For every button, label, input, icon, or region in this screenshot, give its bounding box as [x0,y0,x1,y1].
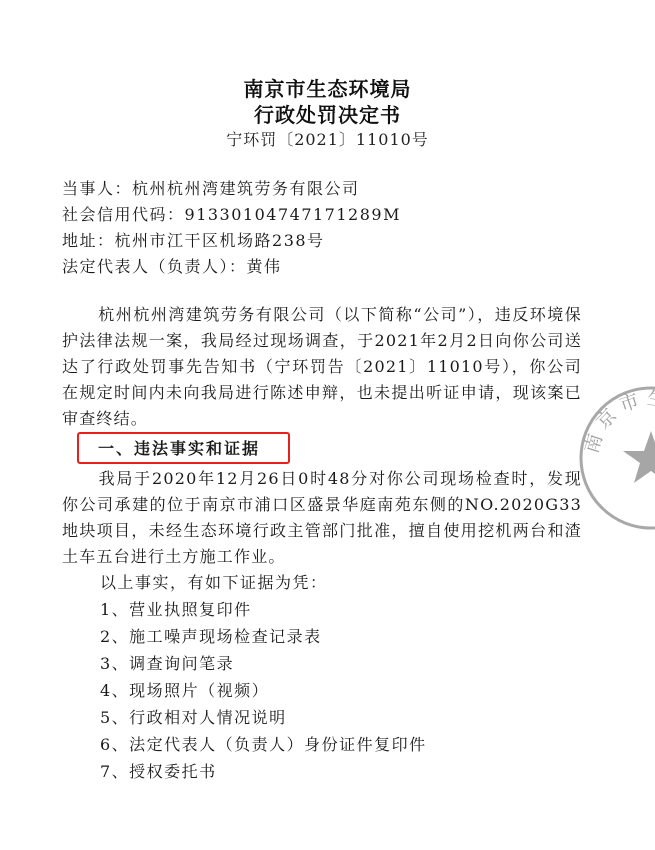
star-icon [623,431,655,483]
credit-code-value: 91330104747171289M [185,205,401,224]
evidence-item: 6、法定代表人（负责人）身份证件复印件 [100,732,427,755]
legal-rep-row: 法定代表人（负责人）：黄伟 [62,254,282,277]
party-name-label: 当事人： [62,179,132,198]
official-seal: 南京市生态环境局 [576,383,655,533]
evidence-item: 7、授权委托书 [100,759,217,782]
party-name-value: 杭州杭州湾建筑劳务有限公司 [132,179,360,198]
document-number: 宁环罚〔2021〕11010号 [0,127,655,150]
address-label: 地址： [62,231,115,250]
party-name-row: 当事人：杭州杭州湾建筑劳务有限公司 [62,176,360,199]
evidence-item: 5、行政相对人情况说明 [100,705,287,728]
intro-paragraph: 杭州杭州湾建筑劳务有限公司（以下简称“公司”），违反环境保护法律法规一案，我局经… [62,302,582,432]
facts-text: 我局于2020年12月26日0时48分对你公司现场检查时，发现你公司承建的位于南… [62,469,582,566]
evidence-intro: 以上事实，有如下证据为凭： [100,570,328,593]
facts-paragraph: 我局于2020年12月26日0时48分对你公司现场检查时，发现你公司承建的位于南… [62,466,582,570]
address-value: 杭州市江干区机场路238号 [115,231,325,250]
address-row: 地址：杭州市江干区机场路238号 [62,228,325,251]
evidence-item: 3、调查询问笔录 [100,651,234,674]
section-heading: 一、违法事实和证据 [98,436,260,459]
evidence-item: 1、营业执照复印件 [100,597,252,620]
credit-code-label: 社会信用代码： [62,205,185,224]
issuer-title: 南京市生态环境局 [0,73,655,102]
evidence-item: 4、现场照片（视频） [100,678,269,701]
legal-rep-label: 法定代表人（负责人）： [62,257,247,276]
evidence-item: 2、施工噪声现场检查记录表 [100,624,322,647]
credit-code-row: 社会信用代码：91330104747171289M [62,202,401,225]
document-title: 行政处罚决定书 [0,99,655,128]
intro-text: 杭州杭州湾建筑劳务有限公司（以下简称“公司”），违反环境保护法律法规一案，我局经… [62,305,582,428]
legal-rep-value: 黄伟 [247,257,282,276]
